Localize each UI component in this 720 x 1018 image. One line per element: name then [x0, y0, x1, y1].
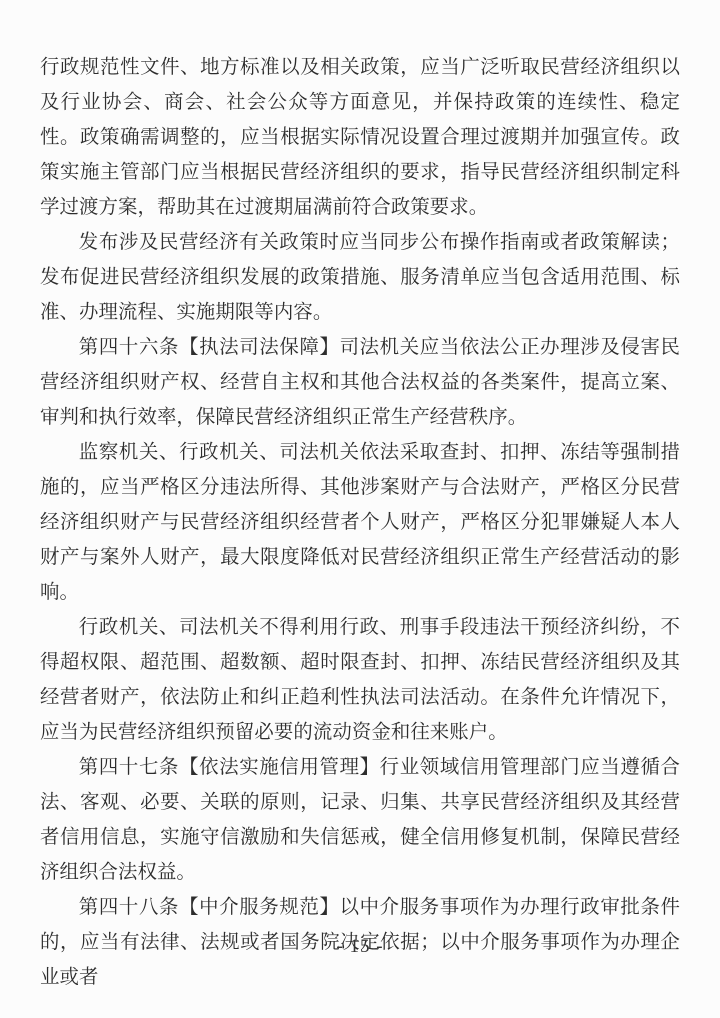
document-page: 行政规范性文件、地方标准以及相关政策，应当广泛听取民营经济组织以及行业协会、商会…: [0, 0, 720, 1018]
paragraph: 第四十七条【依法实施信用管理】行业领域信用管理部门应当遵循合法、客观、必要、关联…: [40, 750, 680, 890]
paragraph: 行政机关、司法机关不得利用行政、刑事手段违法干预经济纠纷，不得超权限、超范围、超…: [40, 610, 680, 750]
paragraph: 行政规范性文件、地方标准以及相关政策，应当广泛听取民营经济组织以及行业协会、商会…: [40, 50, 680, 225]
page-footer: - 15 -: [0, 935, 720, 959]
paragraph: 第四十六条【执法司法保障】司法机关应当依法公正办理涉及侵害民营经济组织财产权、经…: [40, 330, 680, 435]
paragraph: 监察机关、行政机关、司法机关依法采取查封、扣押、冻结等强制措施的，应当严格区分违…: [40, 435, 680, 610]
page-number: - 15 -: [336, 936, 383, 957]
document-body: 行政规范性文件、地方标准以及相关政策，应当广泛听取民营经济组织以及行业协会、商会…: [40, 50, 680, 995]
paragraph: 发布涉及民营经济有关政策时应当同步公布操作指南或者政策解读；发布促进民营经济组织…: [40, 225, 680, 330]
